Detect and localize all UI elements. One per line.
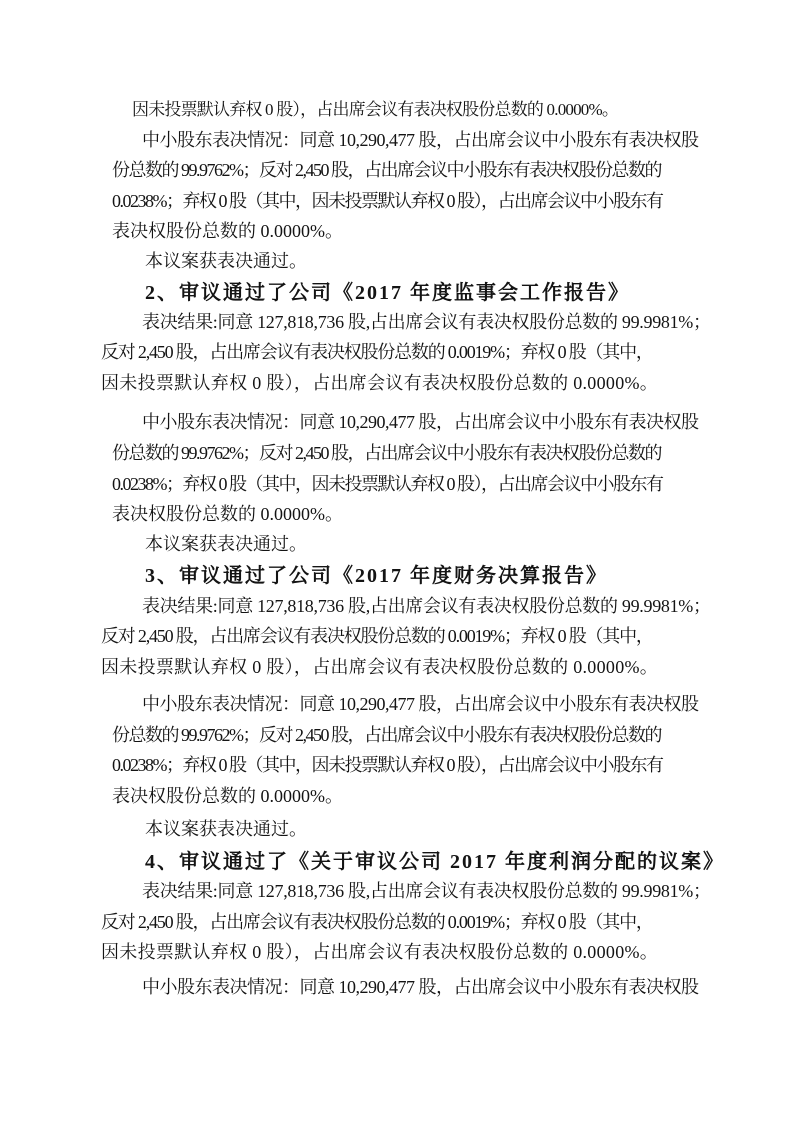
- text-line: 表决结果:同意 127,818,736 股,占出席会议有表决权股份总数的 99.…: [142, 597, 711, 615]
- text-line: 表决权股份总数的 0.0000%。: [112, 222, 343, 240]
- text-line: 因未投票默认弃权 0 股），占出席会议有表决权股份总数的 0.0000%。: [101, 374, 658, 392]
- text-line: 中小股东表决情况：同意 10,290,477 股，占出席会议中小股东有表决权股: [142, 978, 699, 996]
- text-line: 因未投票默认弃权 0 股），占出席会议有表决权股份总数的 0.0000%。: [101, 658, 658, 676]
- text-line: 反对 2,450 股，占出席会议有表决权股份总数的 0.0019%；弃权 0 股…: [101, 343, 653, 361]
- text-line: 份总数的 99.9762%；反对 2,450 股，占出席会议中小股东有表决权股份…: [112, 444, 661, 462]
- text-line: 因未投票默认弃权 0 股），占出席会议有表决权股份总数的 0.0000%。: [101, 943, 658, 961]
- text-line: 中小股东表决情况：同意 10,290,477 股，占出席会议中小股东有表决权股: [142, 695, 699, 713]
- text-line: 反对 2,450 股，占出席会议有表决权股份总数的 0.0019%；弃权 0 股…: [101, 913, 653, 931]
- text-line: 0.0238%；弃权 0 股（其中，因未投票默认弃权 0 股），占出席会议中小股…: [112, 756, 663, 774]
- text-line: 表决权股份总数的 0.0000%。: [112, 787, 343, 805]
- text-line: 表决结果:同意 127,818,736 股,占出席会议有表决权股份总数的 99.…: [142, 882, 711, 900]
- text-line: 表决权股份总数的 0.0000%。: [112, 505, 343, 523]
- text-line: 本议案获表决通过。: [145, 820, 307, 838]
- text-line: 中小股东表决情况：同意 10,290,477 股，占出席会议中小股东有表决权股: [142, 131, 699, 149]
- proposal-heading: 3、审议通过了公司《2017 年度财务决算报告》: [145, 566, 608, 586]
- text-line: 表决结果:同意 127,818,736 股,占出席会议有表决权股份总数的 99.…: [142, 313, 711, 331]
- document-page: 因未投票默认弃权 0 股），占出席会议有表决权股份总数的 0.0000%。中小股…: [0, 0, 793, 1122]
- text-line: 0.0238%；弃权 0 股（其中，因未投票默认弃权 0 股），占出席会议中小股…: [112, 475, 663, 493]
- text-line: 中小股东表决情况：同意 10,290,477 股，占出席会议中小股东有表决权股: [142, 413, 699, 431]
- text-line: 本议案获表决通过。: [145, 535, 307, 553]
- text-line: 份总数的 99.9762%；反对 2,450 股，占出席会议中小股东有表决权股份…: [112, 726, 661, 744]
- text-line: 0.0238%；弃权 0 股（其中，因未投票默认弃权 0 股），占出席会议中小股…: [112, 192, 663, 210]
- proposal-heading: 4、审议通过了《关于审议公司 2017 年度利润分配的议案》: [145, 852, 725, 872]
- text-line: 因未投票默认弃权 0 股），占出席会议有表决权股份总数的 0.0000%。: [132, 101, 618, 118]
- text-line: 份总数的 99.9762%；反对 2,450 股，占出席会议中小股东有表决权股份…: [112, 161, 661, 179]
- text-line: 反对 2,450 股，占出席会议有表决权股份总数的 0.0019%；弃权 0 股…: [101, 627, 653, 645]
- proposal-heading: 2、审议通过了公司《2017 年度监事会工作报告》: [145, 283, 630, 303]
- text-line: 本议案获表决通过。: [145, 252, 307, 270]
